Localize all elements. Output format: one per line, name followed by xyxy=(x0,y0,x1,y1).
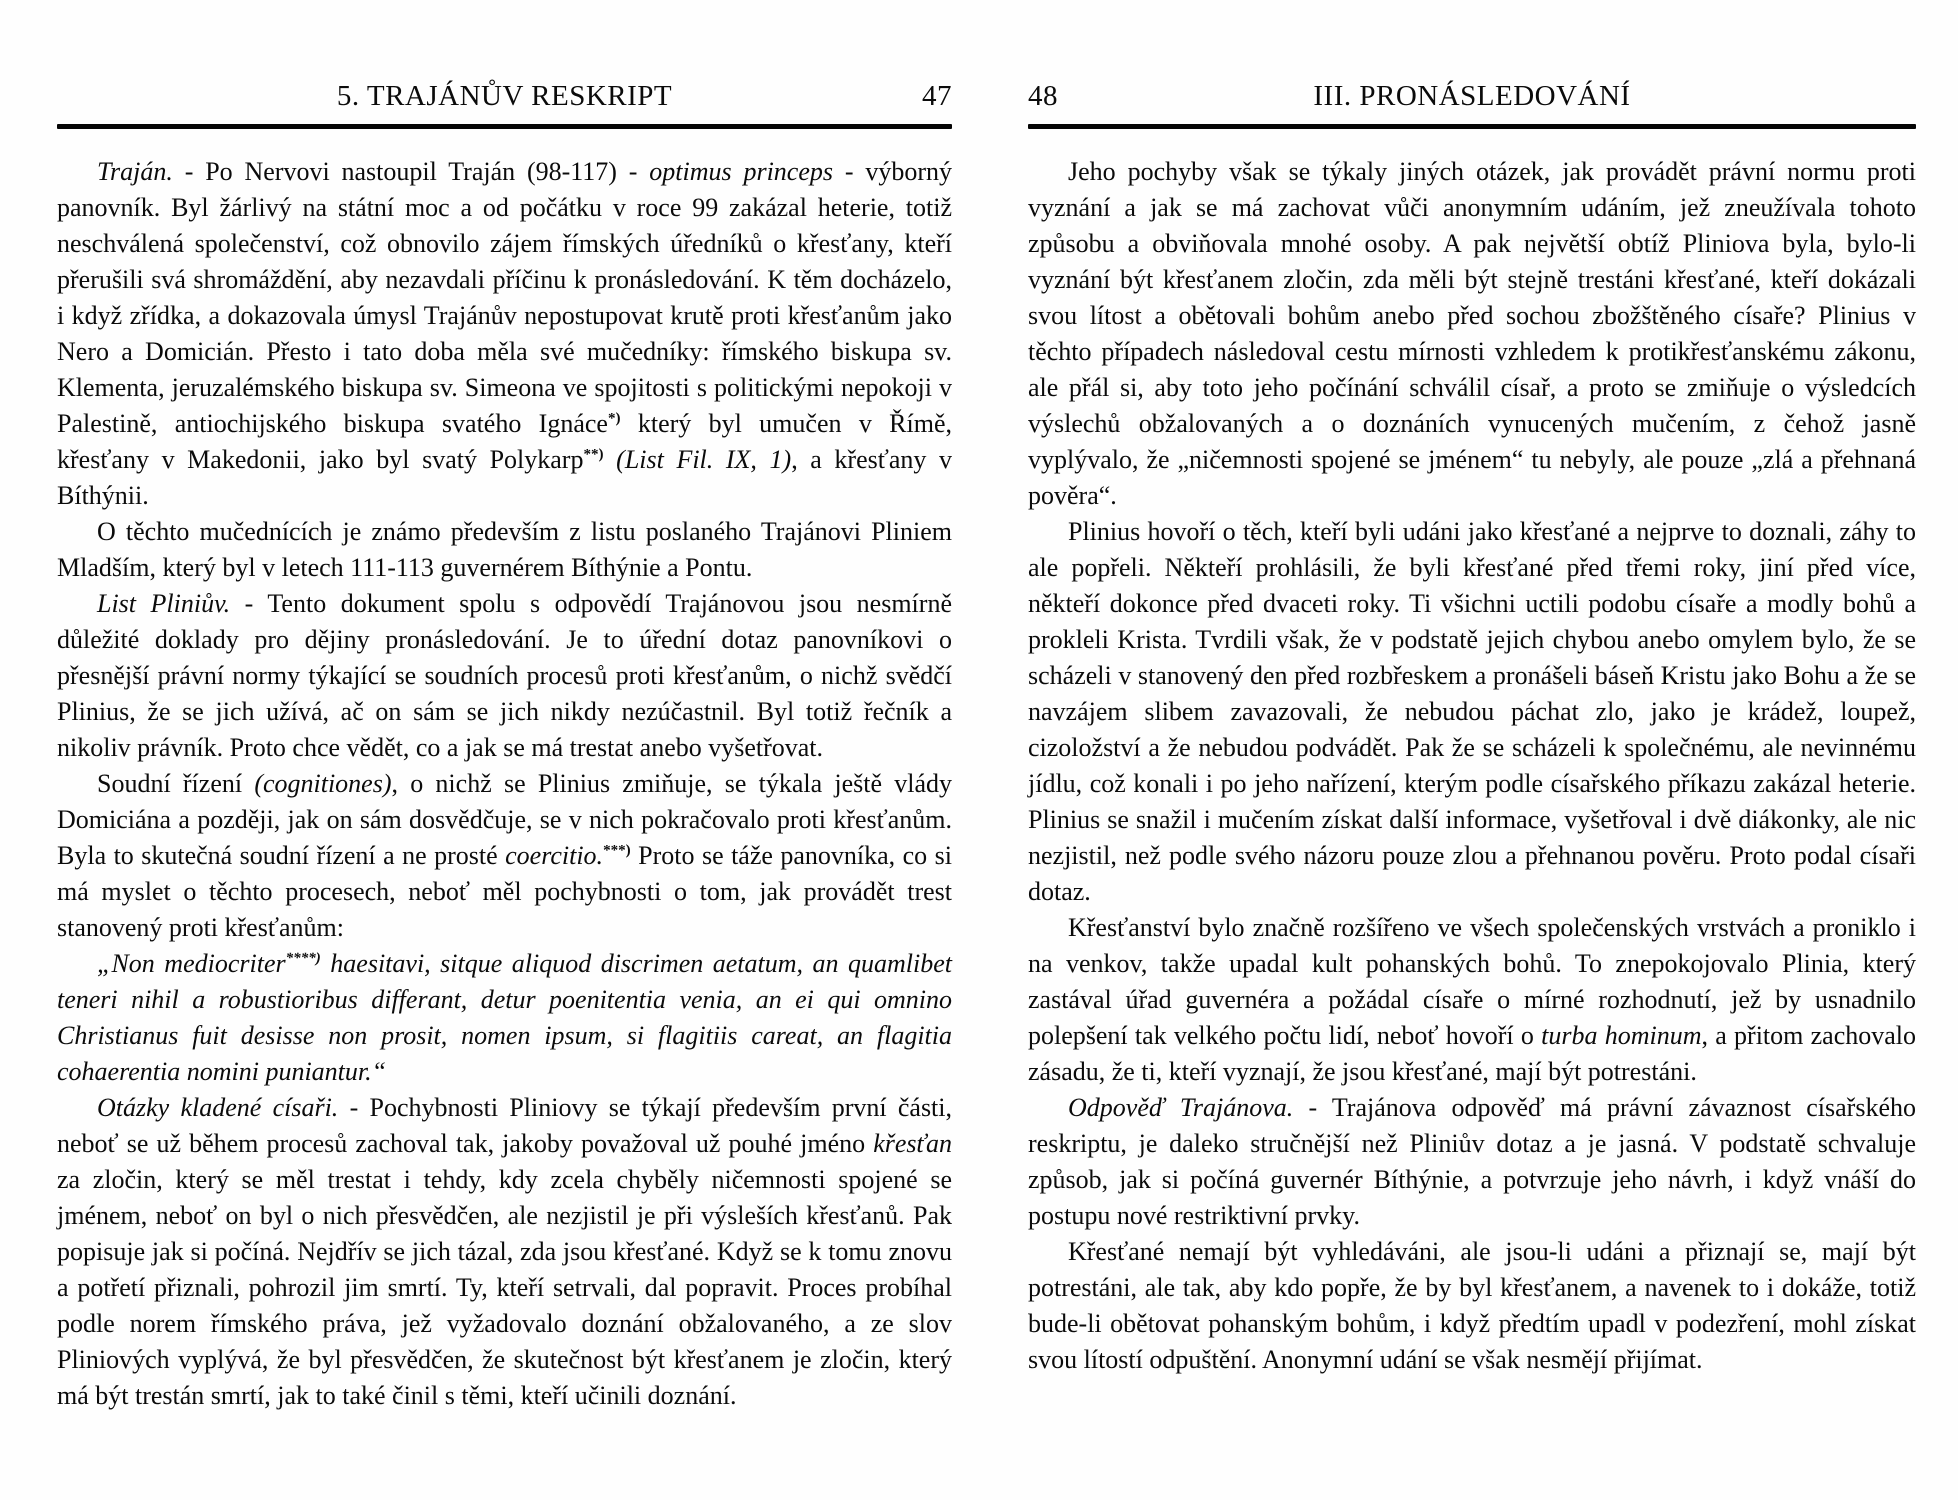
right-header-rule xyxy=(1028,124,1916,129)
text-segment: - výborný panovník. Byl žárlivý na státn… xyxy=(57,157,952,438)
text-segment: (List Fil. IX, 1) xyxy=(616,445,791,474)
text-segment: Traján. xyxy=(97,157,173,186)
paragraph: „Non mediocriter****) haesitavi, sitque … xyxy=(57,946,952,1090)
page-left-body: Traján. - Po Nervovi nastoupil Traján (9… xyxy=(57,154,952,1414)
book-spread: 5. TRAJÁNŮV RESKRIPT 47 Traján. - Po Ner… xyxy=(0,0,1958,1500)
text-segment: turba hominum xyxy=(1541,1021,1701,1050)
text-segment: Soudní řízení xyxy=(97,769,254,798)
paragraph: Soudní řízení (cognitiones), o nichž se … xyxy=(57,766,952,946)
text-segment: coercitio. xyxy=(505,841,603,870)
paragraph: Traján. - Po Nervovi nastoupil Traján (9… xyxy=(57,154,952,514)
text-segment: Jeho pochyby však se týkaly jiných otáze… xyxy=(1028,157,1916,510)
text-segment: List Pliniův. xyxy=(97,589,230,618)
page-right: 48 III. PRONÁSLEDOVÁNÍ Jeho pochyby však… xyxy=(1028,80,1916,1378)
paragraph: Jeho pochyby však se týkaly jiných otáze… xyxy=(1028,154,1916,514)
text-segment: Plinius hovoří o těch, kteří byli udáni … xyxy=(1028,517,1916,906)
paragraph: Otázky kladené císaři. - Pochybnosti Pli… xyxy=(57,1090,952,1414)
footnote-marker: **) xyxy=(583,446,603,462)
paragraph: Plinius hovoří o těch, kteří byli udáni … xyxy=(1028,514,1916,910)
paragraph: O těchto mučednících je známo především … xyxy=(57,514,952,586)
paragraph: Křesťanství bylo značně rozšířeno ve vše… xyxy=(1028,910,1916,1090)
text-segment: Křesťané nemají být vyhledáváni, ale jso… xyxy=(1028,1237,1916,1374)
page-right-header: 48 III. PRONÁSLEDOVÁNÍ xyxy=(1028,80,1916,113)
left-header-rule xyxy=(57,124,952,129)
text-segment: - Po Nervovi nastoupil Traján (98-117) - xyxy=(173,157,649,186)
text-segment: Odpověď Trajánova. xyxy=(1068,1093,1293,1122)
footnote-marker: *) xyxy=(608,410,621,426)
paragraph: List Pliniův. - Tento dokument spolu s o… xyxy=(57,586,952,766)
footnote-marker: ***) xyxy=(603,842,631,858)
right-running-title: III. PRONÁSLEDOVÁNÍ xyxy=(1108,80,1836,113)
text-segment: Otázky kladené císaři. xyxy=(97,1093,338,1122)
text-segment: „Non mediocriter xyxy=(97,949,286,978)
text-segment: optimus princeps xyxy=(649,157,833,186)
paragraph: Křesťané nemají být vyhledáváni, ale jso… xyxy=(1028,1234,1916,1378)
page-right-body: Jeho pochyby však se týkaly jiných otáze… xyxy=(1028,154,1916,1378)
paragraph: Odpověď Trajánova. - Trajánova odpověď m… xyxy=(1028,1090,1916,1234)
text-segment: za zločin, který se měl trestat i tehdy,… xyxy=(57,1165,952,1410)
left-running-title: 5. TRAJÁNŮV RESKRIPT xyxy=(137,80,872,113)
page-left-header: 5. TRAJÁNŮV RESKRIPT 47 xyxy=(57,80,952,113)
text-segment xyxy=(604,445,617,474)
right-page-number: 48 xyxy=(1028,80,1108,113)
text-segment: (cognitiones) xyxy=(254,769,391,798)
footnote-marker: ****) xyxy=(286,950,321,966)
left-page-number: 47 xyxy=(872,80,952,113)
page-left: 5. TRAJÁNŮV RESKRIPT 47 Traján. - Po Ner… xyxy=(57,80,952,1414)
text-segment: O těchto mučednících je známo především … xyxy=(57,517,952,582)
text-segment: křesťan xyxy=(873,1129,952,1158)
